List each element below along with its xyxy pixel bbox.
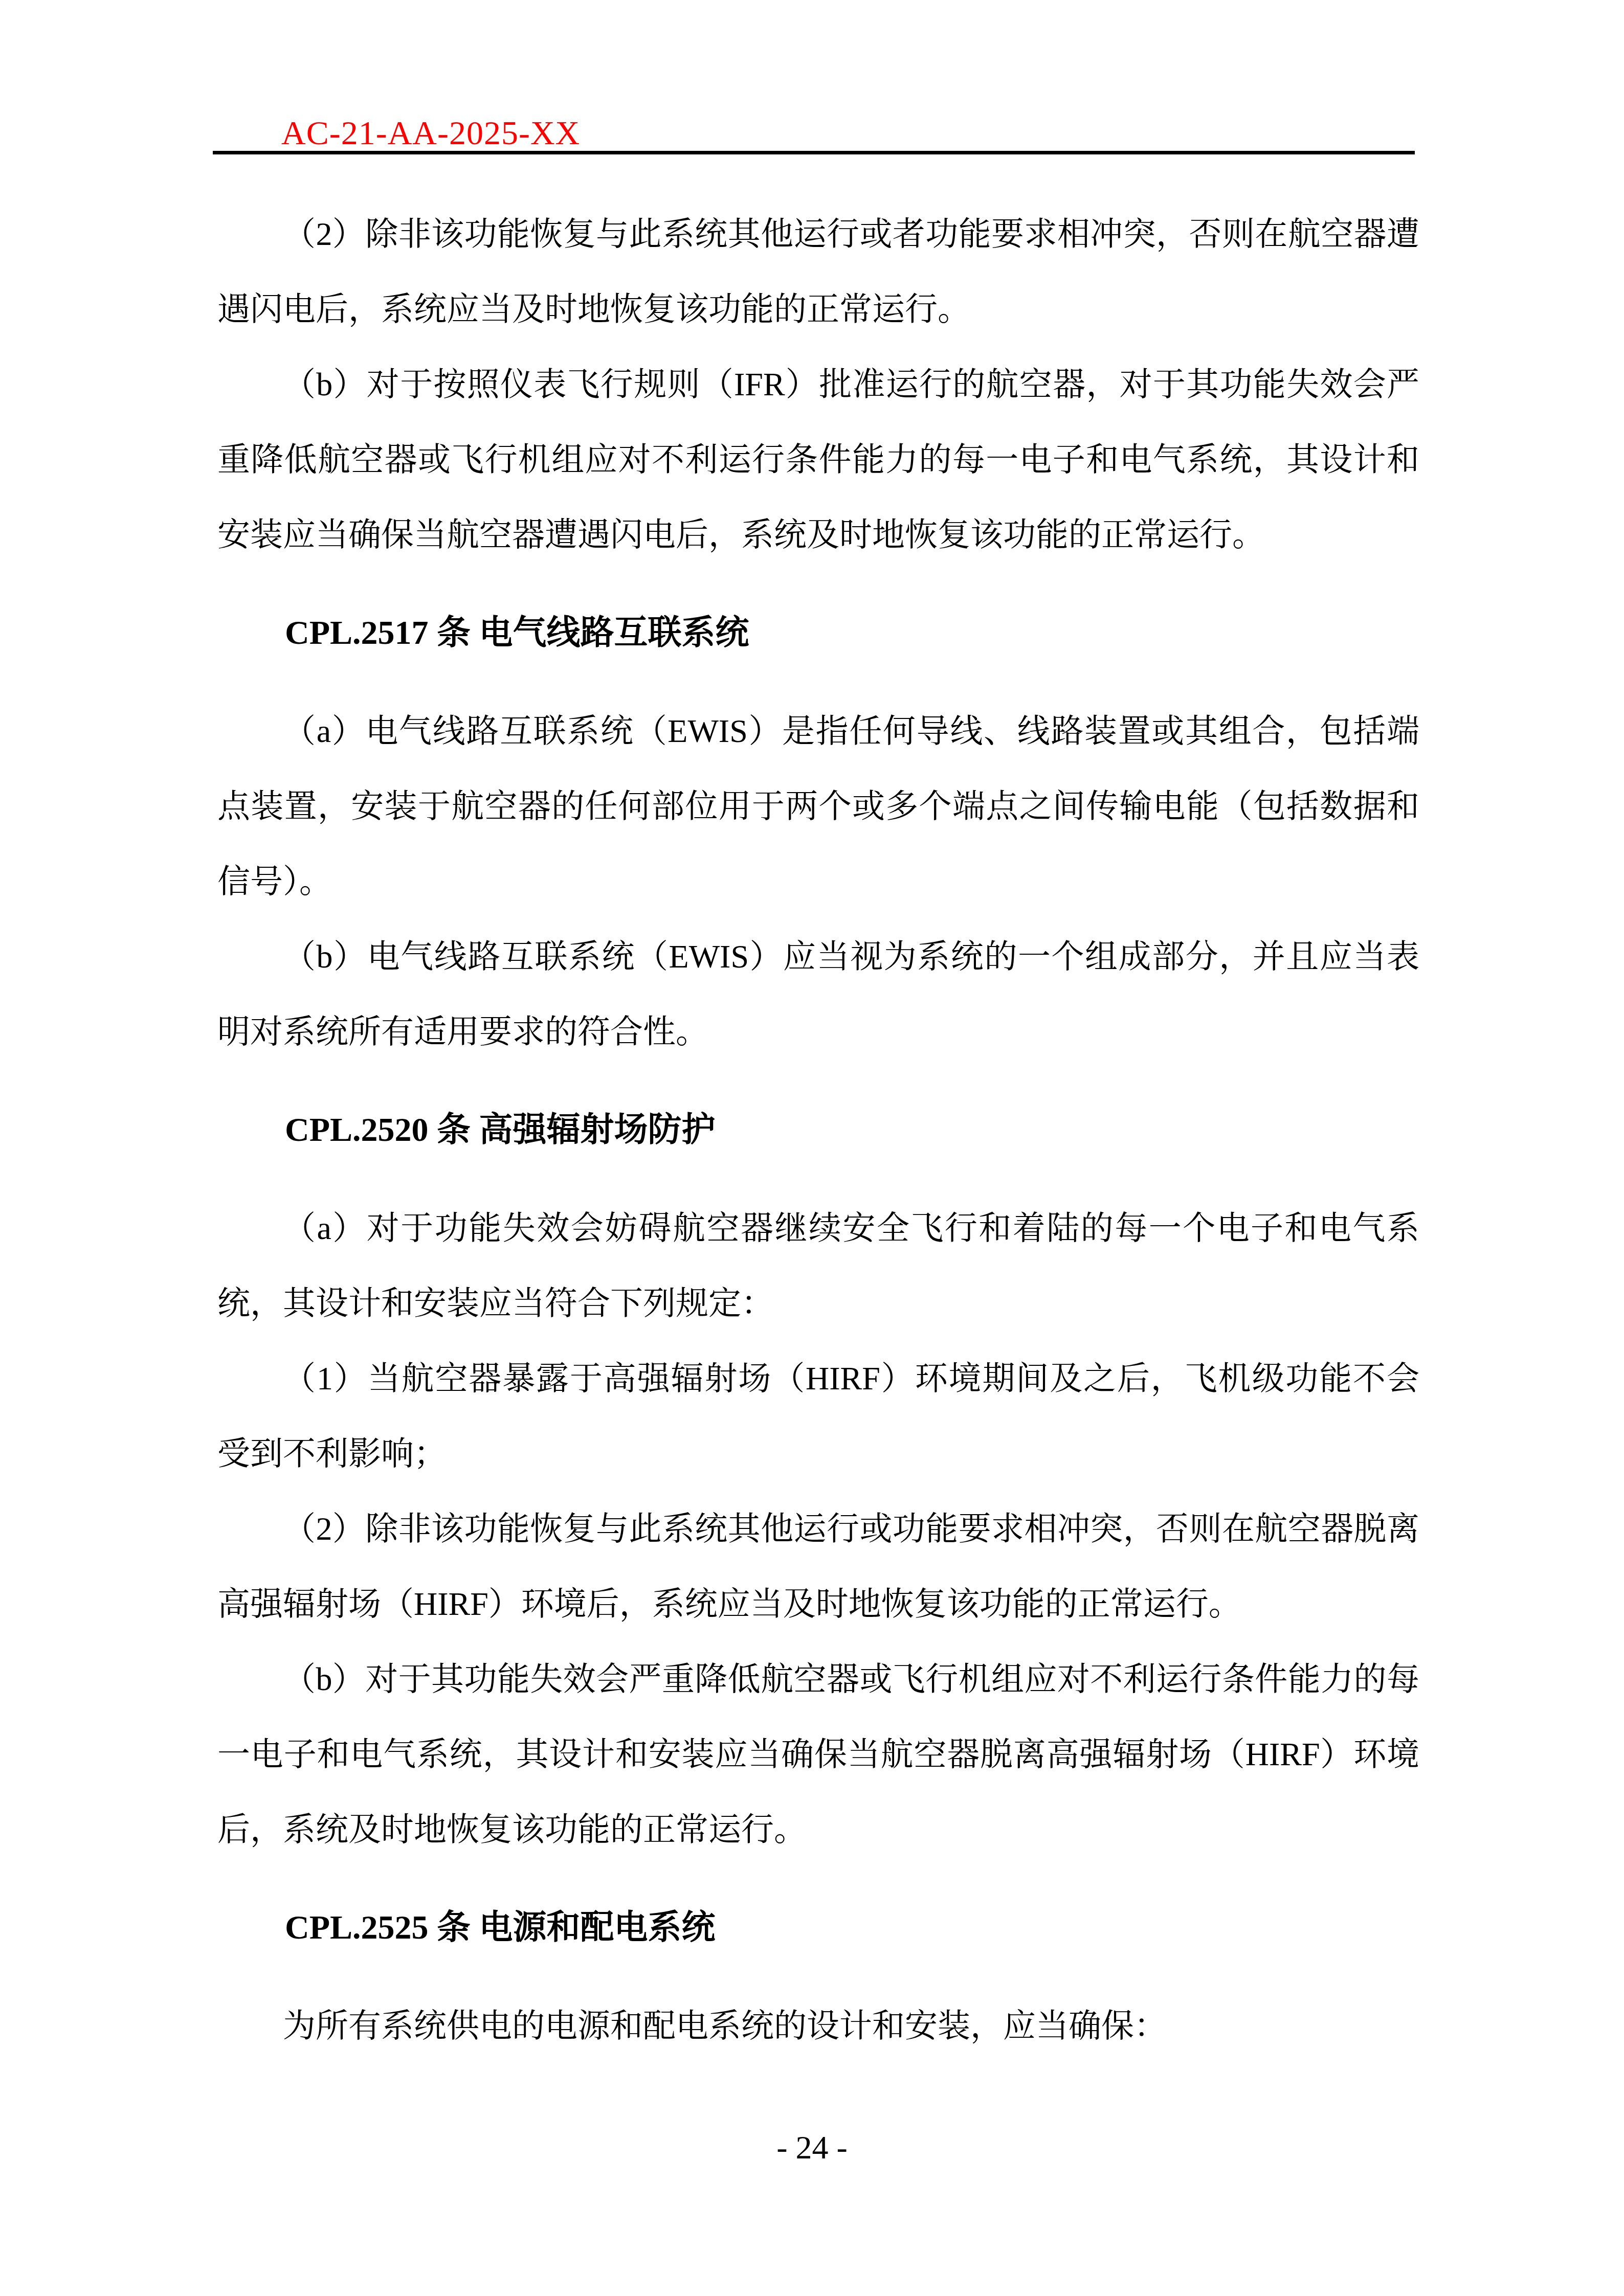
paragraph: （a）对于功能失效会妨碍航空器继续安全飞行和着陆的每一个电子和电气系统，其设计和… — [217, 1190, 1419, 1341]
paragraph: （b）电气线路互联系统（EWIS）应当视为系统的一个组成部分，并且应当表明对系统… — [217, 919, 1419, 1069]
paragraph: （a）电气线路互联系统（EWIS）是指任何导线、线路装置或其组合，包括端点装置，… — [217, 693, 1419, 919]
paragraph: （b）对于按照仪表飞行规则（IFR）批准运行的航空器，对于其功能失效会严重降低航… — [217, 347, 1419, 572]
section-heading-code: CPL.2525 条 — [285, 1909, 471, 1946]
document-body: （2）除非该功能恢复与此系统其他运行或者功能要求相冲突，否则在航空器遭遇闪电后，… — [217, 196, 1419, 2063]
paragraph: （b）对于其功能失效会严重降低航空器或飞行机组应对不利运行条件能力的每一电子和电… — [217, 1641, 1419, 1867]
section-heading-code: CPL.2517 条 — [285, 614, 471, 651]
paragraph: （1）当航空器暴露于高强辐射场（HIRF）环境期间及之后，飞机级功能不会受到不利… — [217, 1341, 1419, 1491]
section-heading-title: 电源和配电系统 — [479, 1908, 716, 1946]
header-doc-number: AC-21-AA-2025-XX — [281, 117, 580, 150]
section-heading-title: 高强辐射场防护 — [479, 1110, 716, 1148]
paragraph: 为所有系统供电的电源和配电系统的设计和安装，应当确保： — [217, 1988, 1419, 2063]
section-heading: CPL.2517 条 电气线路互联系统 — [217, 595, 1419, 670]
header-rule — [213, 151, 1415, 154]
page-number: - 24 - — [0, 2131, 1624, 2164]
paragraph: （2）除非该功能恢复与此系统其他运行或者功能要求相冲突，否则在航空器遭遇闪电后，… — [217, 196, 1419, 347]
section-heading: CPL.2520 条 高强辐射场防护 — [217, 1092, 1419, 1167]
paragraph: （2）除非该功能恢复与此系统其他运行或功能要求相冲突，否则在航空器脱离高强辐射场… — [217, 1491, 1419, 1641]
document-page: AC-21-AA-2025-XX （2）除非该功能恢复与此系统其他运行或者功能要… — [0, 0, 1624, 2296]
section-heading-code: CPL.2520 条 — [285, 1111, 471, 1149]
section-heading-title: 电气线路互联系统 — [479, 613, 749, 651]
section-heading: CPL.2525 条 电源和配电系统 — [217, 1889, 1419, 1965]
